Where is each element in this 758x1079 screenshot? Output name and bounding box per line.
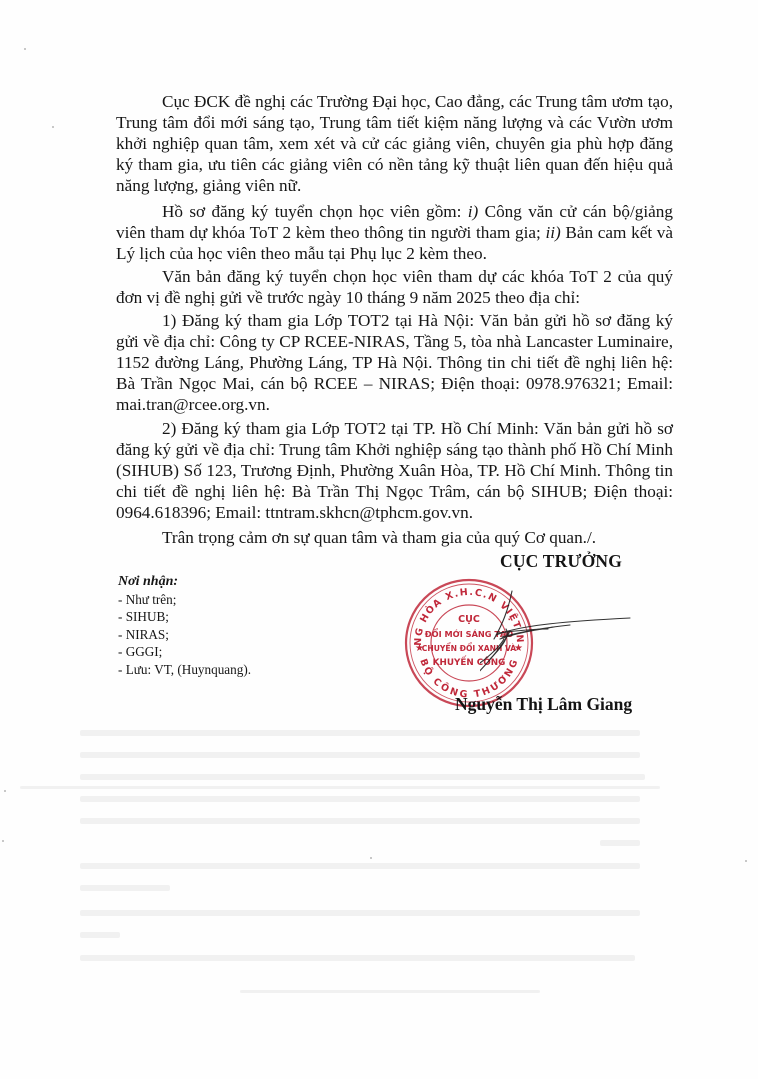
recipient-item: - Như trên; bbox=[118, 591, 251, 609]
speck bbox=[24, 48, 26, 50]
signer-name: Nguyễn Thị Lâm Giang bbox=[455, 694, 632, 715]
dossier-lead: Hồ sơ đăng ký tuyển chọn học viên gồm: bbox=[162, 202, 468, 221]
speck bbox=[52, 126, 54, 128]
recipients-heading: Nơi nhận: bbox=[118, 573, 251, 591]
bleed-through-background bbox=[80, 730, 650, 1030]
dossier-item1-marker: i) bbox=[468, 202, 479, 221]
paragraph-hanoi-registration: 1) Đăng ký tham gia Lớp TOT2 tại Hà Nội:… bbox=[116, 310, 673, 415]
paragraph-deadline: Văn bản đăng ký tuyển chọn học viên tham… bbox=[116, 266, 673, 308]
paragraph-dossier: Hồ sơ đăng ký tuyển chọn học viên gồm: i… bbox=[116, 201, 673, 264]
signer-title: CỤC TRƯỞNG bbox=[500, 551, 622, 572]
dossier-item2-marker: ii) bbox=[545, 223, 560, 242]
document-page: Cục ĐCK đề nghị các Trường Đại học, Cao … bbox=[0, 0, 758, 1079]
recipient-item: - Lưu: VT, (Huynquang). bbox=[118, 661, 251, 679]
recipients-block: Nơi nhận: - Như trên; - SIHUB; - NIRAS; … bbox=[118, 573, 251, 679]
handwritten-signature bbox=[480, 585, 650, 695]
recipient-item: - NIRAS; bbox=[118, 626, 251, 644]
recipient-item: - SIHUB; bbox=[118, 608, 251, 626]
speck bbox=[370, 857, 372, 859]
recipient-item: - GGGI; bbox=[118, 643, 251, 661]
paragraph-closing: Trân trọng cảm ơn sự quan tâm và tham gi… bbox=[116, 527, 673, 548]
seal-inner-line: CỤC bbox=[458, 614, 480, 625]
paragraph-hcmc-registration: 2) Đăng ký tham gia Lớp TOT2 tại TP. Hồ … bbox=[116, 418, 673, 523]
speck bbox=[745, 860, 747, 862]
speck bbox=[4, 790, 6, 792]
paragraph-request: Cục ĐCK đề nghị các Trường Đại học, Cao … bbox=[116, 91, 673, 196]
speck bbox=[2, 840, 4, 842]
